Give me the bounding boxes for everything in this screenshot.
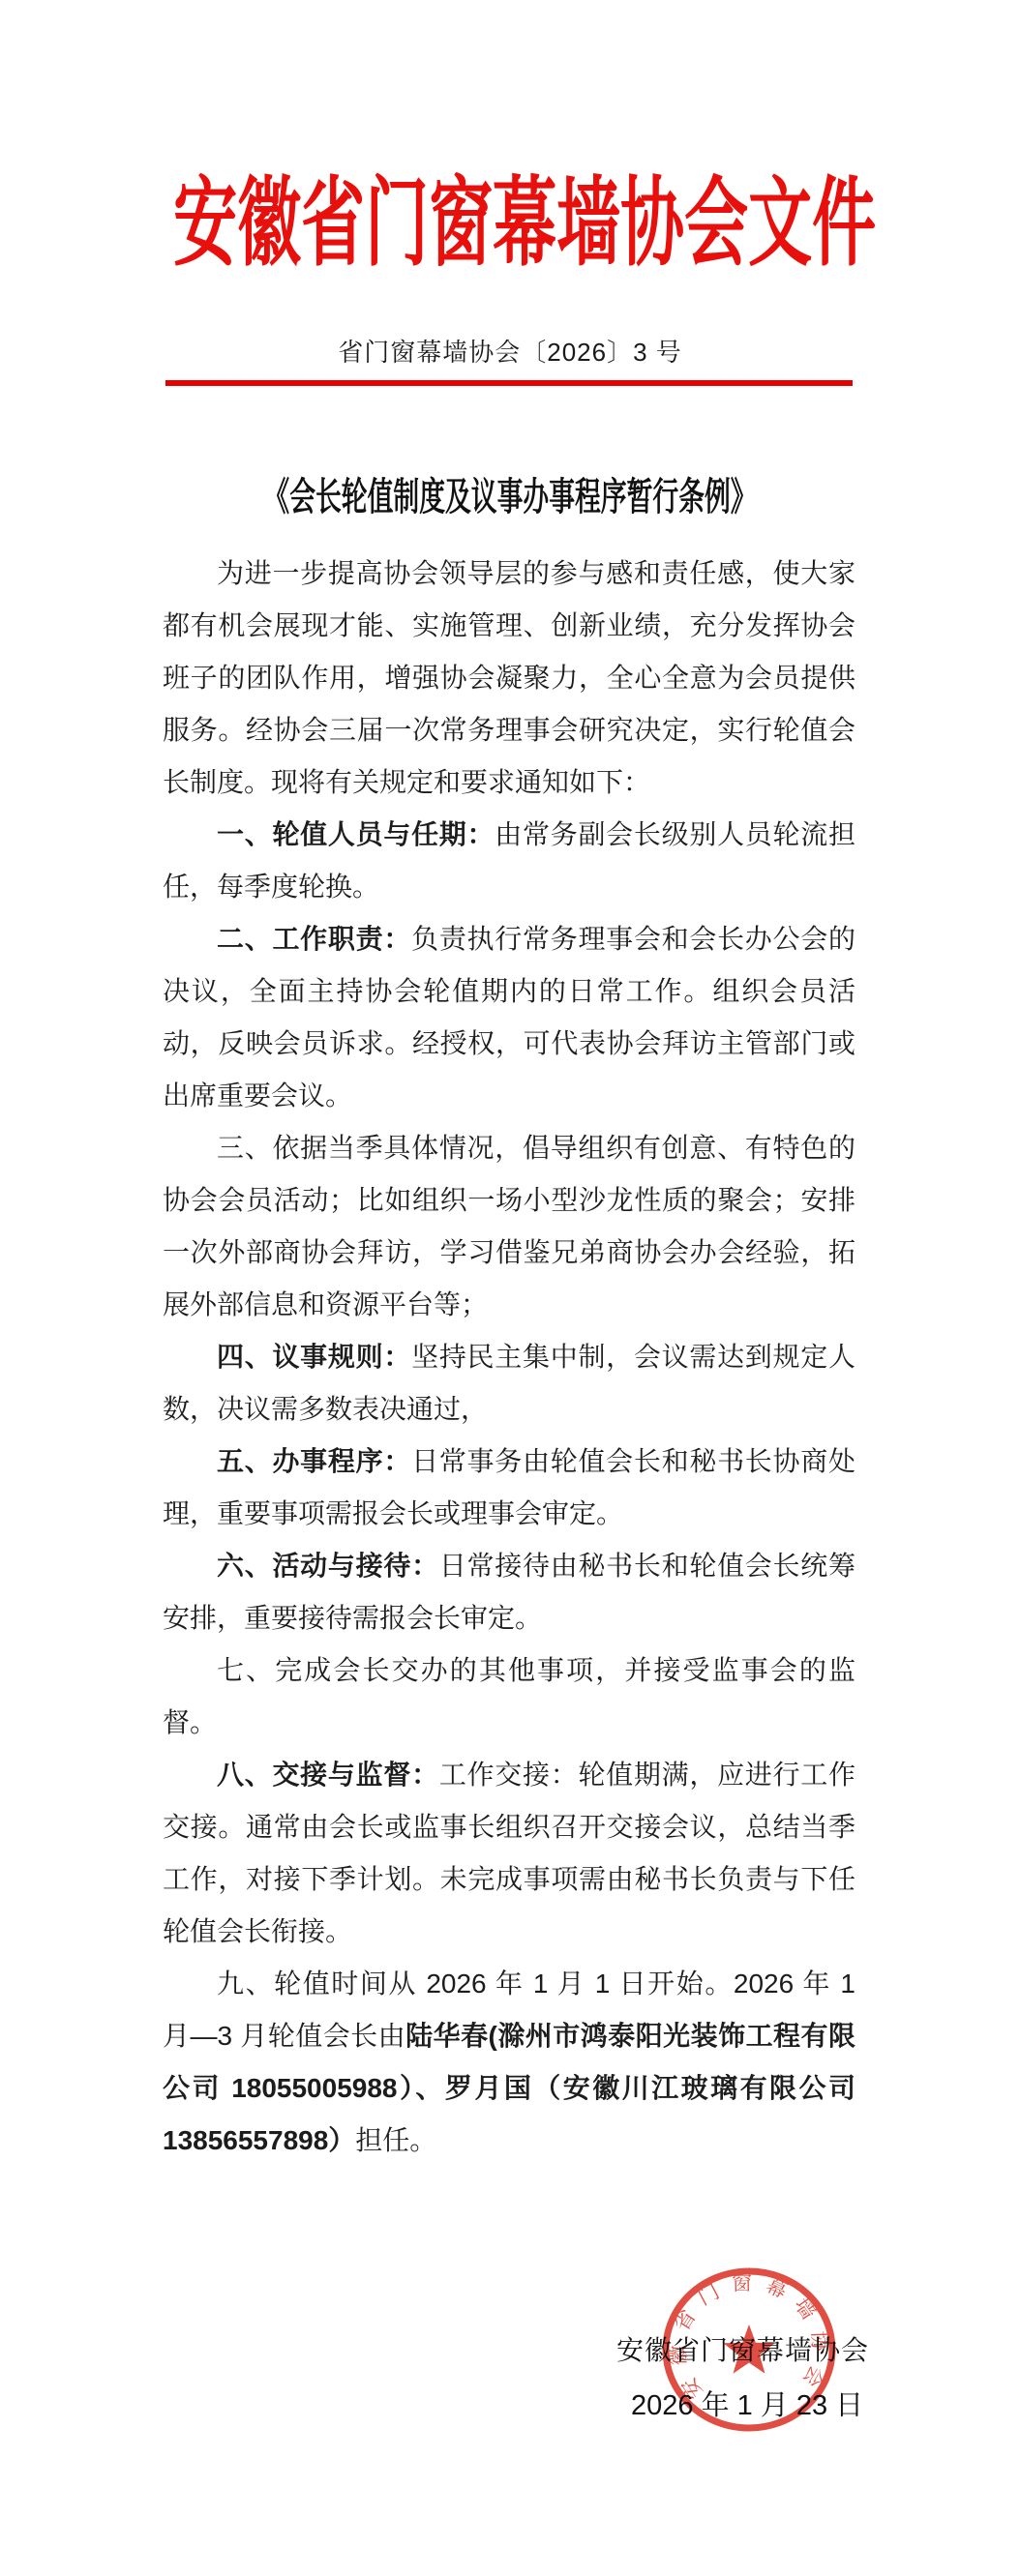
official-document-page: 安徽省门窗幕墙协会文件 省门窗幕墙协会〔2026〕3 号 《会长轮值制度及议事办… bbox=[0, 0, 1020, 2576]
issuer-signature: 安徽省门窗幕墙协会 bbox=[616, 2329, 869, 2368]
item-9: 九、轮值时间从 2026 年 1 月 1 日开始。2026 年 1 月—3 月轮… bbox=[163, 1958, 855, 2167]
item-9-suffix: 担任。 bbox=[355, 2125, 436, 2155]
red-header-title: 安徽省门窗幕墙协会文件 bbox=[173, 170, 847, 277]
item-3: 三、依据当季具体情况，倡导组织有创意、有特色的协会会员活动；比如组织一场小型沙龙… bbox=[163, 1122, 855, 1331]
item-6-label: 六、活动与接待： bbox=[217, 1551, 439, 1581]
item-4: 四、议事规则：坚持民主集中制，会议需达到规定人数，决议需多数表决通过， bbox=[163, 1331, 855, 1436]
item-7: 七、完成会长交办的其他事项，并接受监事会的监督。 bbox=[163, 1644, 855, 1749]
document-title: 《会长轮值制度及议事办事程序暂行条例》 bbox=[168, 466, 852, 521]
item-1-label: 一、轮值人员与任期： bbox=[217, 819, 495, 849]
issue-date: 2026 年 1 月 23 日 bbox=[631, 2384, 863, 2423]
item-2: 二、工作职责：负责执行常务理事会和会长办公会的决议，全面主持协会轮值期内的日常工… bbox=[163, 913, 855, 1122]
item-2-label: 二、工作职责： bbox=[217, 924, 411, 954]
document-body: 为进一步提高协会领导层的参与感和责任感，使大家都有机会展现才能、实施管理、创新业… bbox=[163, 548, 855, 2167]
item-7-text: 七、完成会长交办的其他事项，并接受监事会的监督。 bbox=[163, 1655, 855, 1737]
item-8: 八、交接与监督：工作交接：轮值期满，应进行工作交接。通常由会长或监事长组织召开交… bbox=[163, 1749, 855, 1958]
red-divider-line bbox=[165, 380, 853, 386]
intro-text: 为进一步提高协会领导层的参与感和责任感，使大家都有机会展现才能、实施管理、创新业… bbox=[163, 558, 855, 797]
item-1: 一、轮值人员与任期：由常务副会长级别人员轮流担任，每季度轮换。 bbox=[163, 809, 855, 913]
item-6: 六、活动与接待：日常接待由秘书长和轮值会长统筹安排，重要接待需报会长审定。 bbox=[163, 1540, 855, 1644]
document-number: 省门窗幕墙协会〔2026〕3 号 bbox=[0, 333, 1020, 369]
item-5-label: 五、办事程序： bbox=[217, 1446, 411, 1476]
item-4-label: 四、议事规则： bbox=[217, 1342, 411, 1372]
item-5: 五、办事程序：日常事务由轮值会长和秘书长协商处理，重要事项需报会长或理事会审定。 bbox=[163, 1436, 855, 1540]
item-8-label: 八、交接与监督： bbox=[217, 1760, 439, 1790]
intro-paragraph: 为进一步提高协会领导层的参与感和责任感，使大家都有机会展现才能、实施管理、创新业… bbox=[163, 548, 855, 809]
item-3-text: 三、依据当季具体情况，倡导组织有创意、有特色的协会会员活动；比如组织一场小型沙龙… bbox=[163, 1133, 855, 1319]
